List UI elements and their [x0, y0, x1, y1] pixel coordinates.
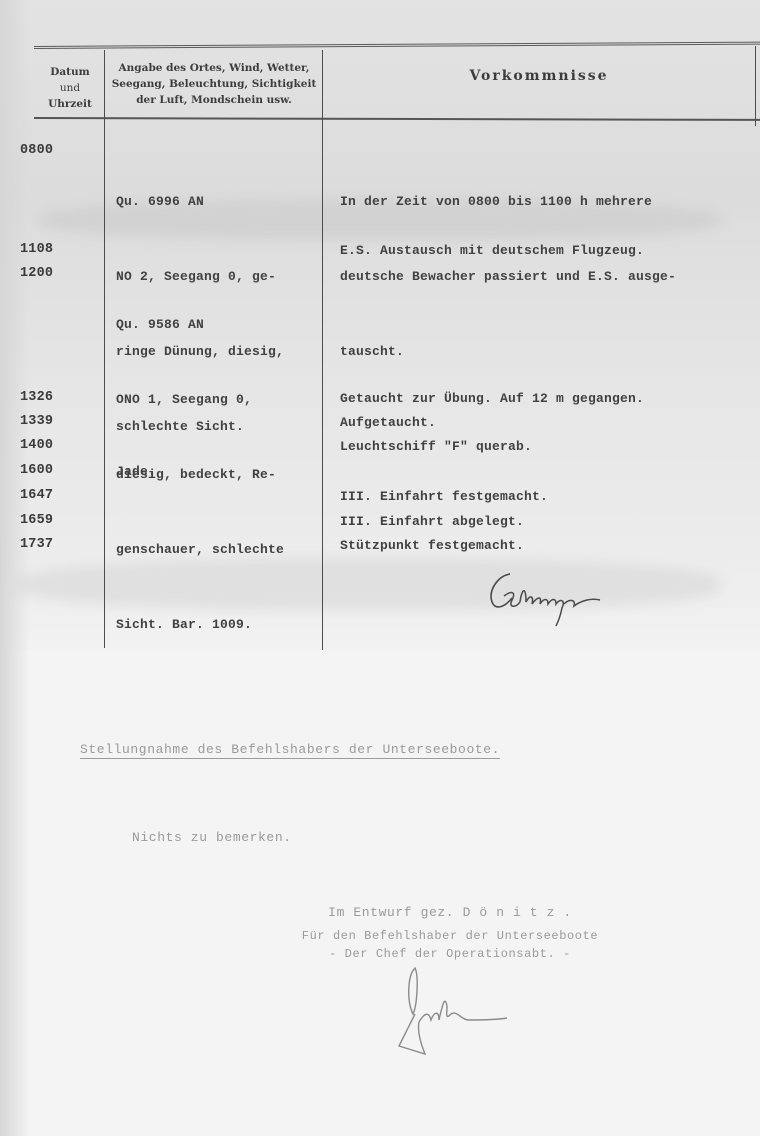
commander-signature — [482, 568, 632, 638]
row-time: 1647 — [20, 488, 53, 503]
header-location-weather: Angabe des Ortes, Wind, Wetter, Seegang,… — [108, 60, 320, 108]
row-time: 1659 — [20, 513, 53, 528]
row-location: Jade. — [116, 459, 156, 484]
row-event: Getaucht zur Übung. Auf 12 m gegangen. — [340, 386, 644, 411]
row-time: 1600 — [20, 463, 53, 478]
row-event: In der Zeit von 0800 bis 1100 h mehrere … — [340, 139, 676, 414]
row-event: III. Einfahrt abgelegt. — [340, 509, 524, 534]
column-divider-1 — [104, 50, 105, 648]
row-event: Leuchtschiff "F" querab. — [340, 434, 532, 459]
endorsement-heading: Stellungnahme des Befehlshabers der Unte… — [80, 742, 500, 759]
row-time: 1737 — [20, 537, 53, 552]
row-time: 0800 — [20, 143, 53, 158]
endorsement-remark: Nichts zu bemerken. — [132, 830, 292, 845]
row-time: 1108 — [20, 242, 53, 257]
scan-edge-shadow — [0, 0, 30, 1136]
column-divider-2 — [322, 50, 323, 650]
row-time: 1400 — [20, 438, 53, 453]
endorsement-signoff-line-2: Für den Befehlshaber der Unterseeboote — [250, 929, 650, 943]
row-time: 1200 — [20, 266, 53, 281]
endorsement-signoff-line-1: Im Entwurf gez. D ö n i t z . — [250, 905, 650, 920]
endorsement-signature — [395, 962, 535, 1062]
row-event: III. Einfahrt festgemacht. — [340, 484, 548, 509]
endorsement-signoff-line-3: - Der Chef der Operationsabt. - — [250, 947, 650, 961]
row-time: 1326 — [20, 390, 53, 405]
row-event: Aufgetaucht. — [340, 410, 436, 435]
row-time: 1339 — [20, 414, 53, 429]
row-event: Stützpunkt festgemacht. — [340, 533, 524, 558]
header-events: Vorkommnisse — [324, 68, 754, 84]
table-right-edge — [755, 46, 756, 126]
header-date-time: Datum und Uhrzeit — [38, 64, 102, 112]
row-event: E.S. Austausch mit deutschem Flugzeug. — [340, 238, 644, 263]
